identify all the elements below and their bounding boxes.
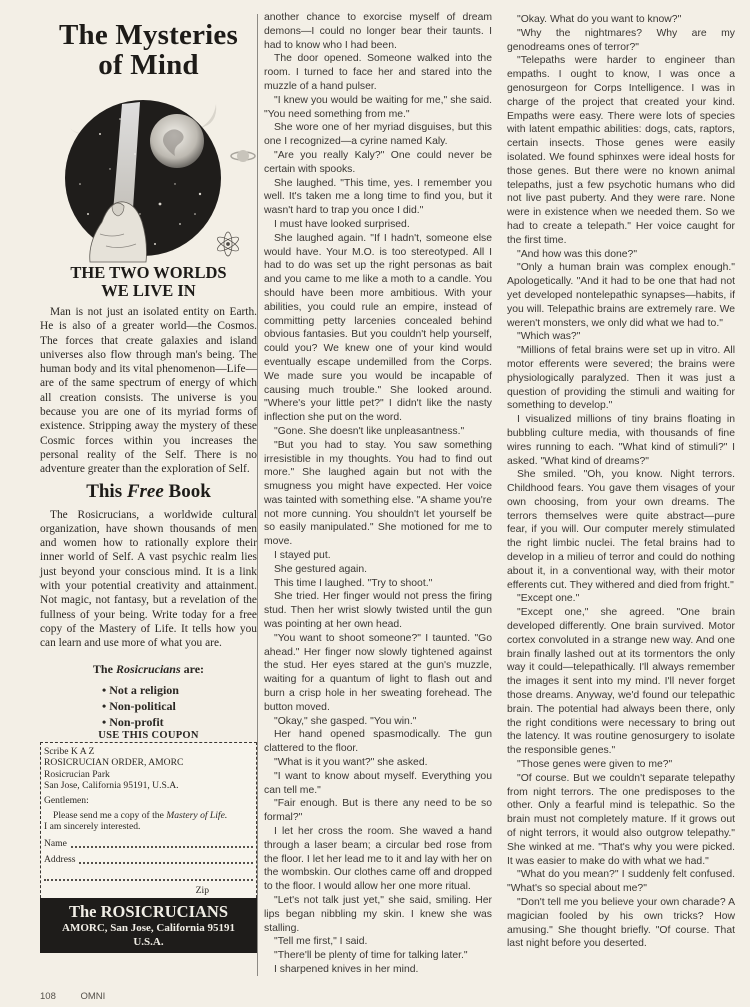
story-paragraph: "What is it you want?" she asked. xyxy=(264,756,492,770)
story-paragraph: I stayed put. xyxy=(264,549,492,563)
story-paragraph: She smiled. "Oh, you know. Night terrors… xyxy=(507,468,735,592)
are-pre: The xyxy=(93,662,116,676)
coupon-org: ROSICRUCIAN ORDER, AMORC xyxy=(44,757,253,769)
story-paragraph: She gestured again. xyxy=(264,563,492,577)
rosicrucian-bullet-list: Not a religion Non-political Non-profit xyxy=(40,682,257,730)
rosicrucians-are-heading: The Rosicrucians are: xyxy=(40,662,257,677)
cosmic-illustration xyxy=(40,94,257,264)
coupon-scribe: Scribe K A Z xyxy=(44,746,253,758)
bullet-item: Non-political xyxy=(40,698,257,714)
name-dotted-line[interactable] xyxy=(71,838,253,848)
coupon-park: Rosicrucian Park xyxy=(44,769,253,781)
coupon-request-post: I am sincerely interested. xyxy=(44,821,253,833)
ad-title-line1: The Mysteries xyxy=(40,20,257,50)
coupon-city: San Jose, California 95191, U.S.A. xyxy=(44,780,253,792)
request-em: Mastery of Life. xyxy=(166,810,227,821)
address-dotted-line[interactable] xyxy=(79,854,253,864)
section-heading-line2: WE LIVE IN xyxy=(40,282,257,300)
rosicrucians-banner: The ROSICRUCIANS AMORC, San Jose, Califo… xyxy=(40,898,257,953)
story-paragraph: "Why the nightmares? Why are my genodrea… xyxy=(507,27,735,55)
story-paragraph: "Except one." xyxy=(507,592,735,606)
coupon-request: Please send me a copy of the Mastery of … xyxy=(44,810,253,822)
bullet-item: Non-profit xyxy=(40,714,257,730)
story-paragraph: She laughed. "This time, yes. I remember… xyxy=(264,177,492,218)
are-em: Rosicrucians xyxy=(116,662,181,676)
story-paragraph: She laughed again. "If I hadn't, someone… xyxy=(264,232,492,425)
address-field[interactable]: Address xyxy=(44,854,253,866)
story-paragraph: She tried. Her finger would not press th… xyxy=(264,590,492,631)
zip-label: Zip xyxy=(44,885,253,897)
story-paragraph: "Fair enough. But is there any need to b… xyxy=(264,797,492,825)
magazine-page: The Mysteries of Mind xyxy=(0,0,750,1007)
story-paragraph: "And how was this done?" xyxy=(507,248,735,262)
address-line2-field[interactable] xyxy=(44,871,253,881)
address-line2-dotted-line[interactable] xyxy=(44,871,253,881)
story-paragraph: "Of course. But we couldn't separate tel… xyxy=(507,772,735,869)
ad-title: The Mysteries of Mind xyxy=(40,20,257,80)
story-column-1: another chance to exorcise myself of dre… xyxy=(264,11,492,977)
cosmic-illustration-icon xyxy=(40,94,257,264)
story-paragraph: "What do you mean?" I suddenly felt conf… xyxy=(507,868,735,896)
address-label: Address xyxy=(44,854,75,866)
rosicrucian-advertisement: The Mysteries of Mind xyxy=(40,14,258,976)
story-paragraph: "Which was?" xyxy=(507,330,735,344)
story-paragraph: "Gone. She doesn't like unpleasantness." xyxy=(264,425,492,439)
coupon-label: USE THIS COUPON xyxy=(40,730,257,741)
story-paragraph: She wore one of her myriad disguises, bu… xyxy=(264,121,492,149)
ad-title-line2: of Mind xyxy=(40,50,257,80)
free-book-heading: This Free Book xyxy=(40,481,257,503)
mail-coupon[interactable]: Scribe K A Z ROSICRUCIAN ORDER, AMORC Ro… xyxy=(40,742,257,899)
story-paragraph: I must have looked surprised. xyxy=(264,218,492,232)
story-paragraph: I sharpened knives in her mind. xyxy=(264,963,492,977)
story-paragraph: another chance to exorcise myself of dre… xyxy=(264,11,492,52)
heading-post: Book xyxy=(164,481,211,502)
story-paragraph: "I knew you would be waiting for me," sh… xyxy=(264,94,492,122)
page-number: 108 xyxy=(40,991,56,1002)
coupon-salutation: Gentlemen: xyxy=(44,795,253,807)
free-book-body: The Rosicrucians, a worldwide cultural o… xyxy=(40,508,257,651)
story-column-2: "Okay. What do you want to know?""Why th… xyxy=(507,13,735,951)
story-paragraph: "Okay," she gasped. "You win." xyxy=(264,715,492,729)
heading-pre: This xyxy=(86,481,127,502)
banner-line3: U.S.A. xyxy=(42,935,255,949)
story-paragraph: This time I laughed. "Try to shoot." xyxy=(264,577,492,591)
story-paragraph: "There'll be plenty of time for talking … xyxy=(264,949,492,963)
story-paragraph: "Except one," she agreed. "One brain dev… xyxy=(507,606,735,758)
story-paragraph: I let her cross the room. She waved a ha… xyxy=(264,825,492,894)
section-heading-two-worlds: THE TWO WORLDS WE LIVE IN xyxy=(40,264,257,300)
story-paragraph: "You want to shoot someone?" I taunted. … xyxy=(264,632,492,715)
story-paragraph: I visualized millions of tiny brains flo… xyxy=(507,413,735,468)
are-post: are: xyxy=(181,662,204,676)
story-paragraph: "Okay. What do you want to know?" xyxy=(507,13,735,27)
story-paragraph: "But you had to stay. You saw something … xyxy=(264,439,492,549)
name-label: Name xyxy=(44,838,67,850)
banner-line1: The ROSICRUCIANS xyxy=(42,902,255,921)
magazine-name: OMNI xyxy=(81,991,106,1002)
story-paragraph: The door opened. Someone walked into the… xyxy=(264,52,492,93)
page-footer: 108 OMNI xyxy=(40,991,127,1002)
story-paragraph: Her hand opened spasmodically. The gun c… xyxy=(264,728,492,756)
story-paragraph: "Are you really Kaly?" One could never b… xyxy=(264,149,492,177)
request-pre: Please send me a copy of the xyxy=(53,810,166,821)
name-field[interactable]: Name xyxy=(44,838,253,850)
heading-em: Free xyxy=(127,481,164,502)
banner-line2: AMORC, San Jose, California 95191 xyxy=(42,921,255,935)
story-paragraph: "I want to know about myself. Everything… xyxy=(264,770,492,798)
story-paragraph: "Millions of fetal brains were set up in… xyxy=(507,344,735,413)
two-worlds-body: Man is not just an isolated entity on Ea… xyxy=(40,305,257,477)
story-paragraph: "Those genes were given to me?" xyxy=(507,758,735,772)
bullet-item: Not a religion xyxy=(40,682,257,698)
story-paragraph: "Only a human brain was complex enough."… xyxy=(507,261,735,330)
section-heading-line1: THE TWO WORLDS xyxy=(40,264,257,282)
story-paragraph: "Don't tell me you believe your own char… xyxy=(507,896,735,951)
story-paragraph: "Tell me first," I said. xyxy=(264,935,492,949)
story-paragraph: "Telepaths were harder to engineer than … xyxy=(507,54,735,247)
story-paragraph: "Let's not talk just yet," she said, smi… xyxy=(264,894,492,935)
